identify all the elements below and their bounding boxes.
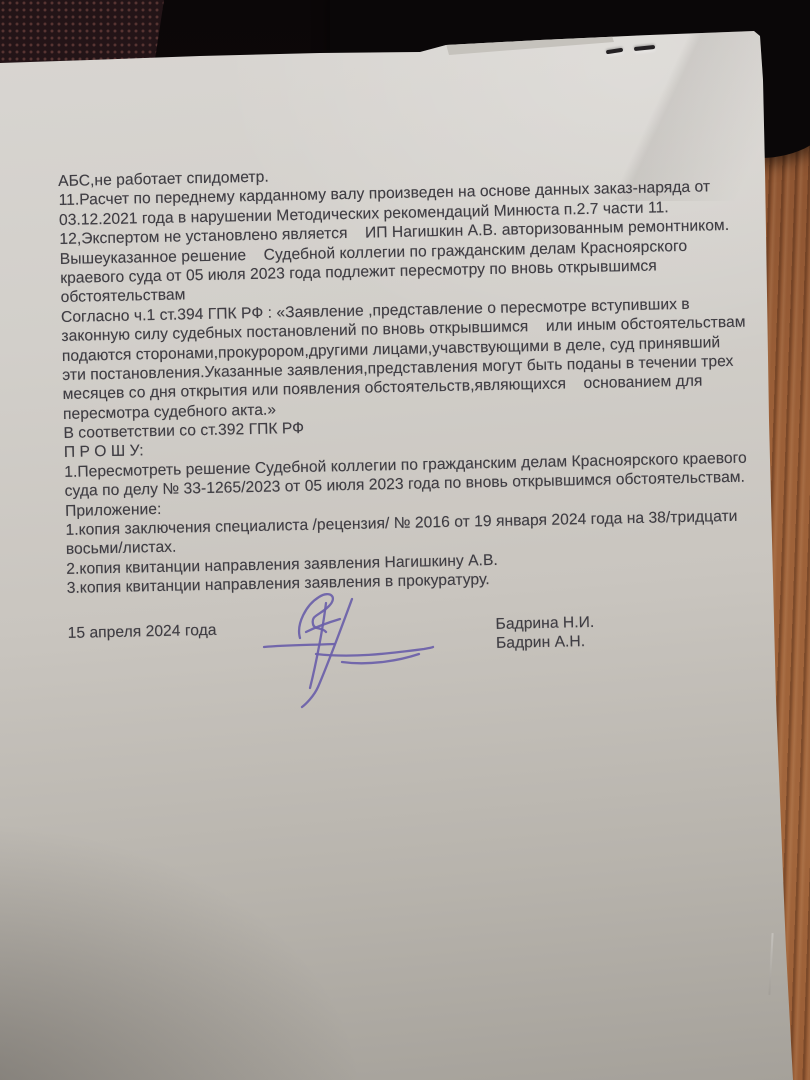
dot-grid-panel [0,0,164,66]
signatories: Бадрина Н.И. Бадрин А.Н. [495,612,595,653]
photo-of-document: АБС,не работает спидометр. 11.Расчет по … [0,0,810,1080]
signatory-name: Бадрина Н.И. [495,612,594,633]
signature-scribble [256,590,446,712]
signatory-name: Бадрин А.Н. [496,632,595,653]
paper-crease [768,933,773,995]
